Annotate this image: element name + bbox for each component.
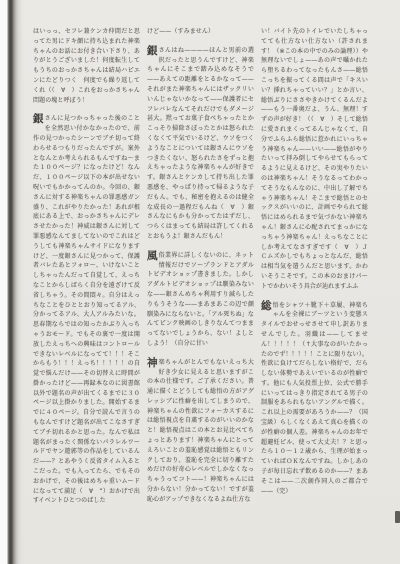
paragraph-text: 楽ちゃんがとんでもないえっち大好き少女に見えると思いますがこの本の仕様です。ご了… bbox=[147, 359, 254, 503]
paragraph-text: はいっっ、セフレ兼ケンカ仲間だと思ってた男にドキ顔に持ち込まれた神楽ちゃんのお話… bbox=[33, 28, 140, 104]
page-edge-print-mark bbox=[395, 511, 400, 523]
paragraph: い！バイト先のトイレでいたしちゃってても仕方ない仕方ない（許されます！（※この本… bbox=[261, 27, 368, 292]
paragraph: はいっっ、セフレ兼ケンカ仲間だと思ってた男にドキ顔に持ち込まれた神楽ちゃんのお話… bbox=[33, 27, 140, 105]
paragraph-dropcap: 風 bbox=[147, 251, 158, 262]
paragraph: 神楽ちゃんがとんでもないえっち大好き少女に見えると思いますがこの本の仕様です。ご… bbox=[147, 358, 254, 505]
paragraph-dropcap: 銀 bbox=[147, 46, 158, 57]
text-columns: はいっっ、セフレ兼ケンカ仲間だと思ってた男にドキ顔に持ち込まれた神楽ちゃんのお話… bbox=[33, 27, 368, 515]
paragraph-text: 悟をシャツ＋靴下＋草履、神楽ちゃんを全裸にブーツという変態スタイルでおせっせさせ… bbox=[261, 302, 368, 495]
paragraph: 風俗業界に詳しくないのに、ネット情報だけでソープランドとアダルトビデオショップ書… bbox=[147, 251, 254, 349]
paragraph: 総悟をシャツ＋靴下＋草履、神楽ちゃんを全裸にブーツという変態スタイルでおせっせさ… bbox=[261, 301, 368, 497]
paragraph-dropcap: 神 bbox=[147, 358, 158, 369]
paragraph-text: けど——（すみません） bbox=[147, 28, 214, 35]
text-column-3: い！バイト先のトイレでいたしちゃってても仕方ない仕方ない（許されます！（※この本… bbox=[261, 27, 368, 515]
paragraph-text: さんに見つかっちゃった後のことを全然思い付かなかったので、前作の見つかったシーン… bbox=[33, 115, 140, 504]
scanned-book-page: はいっっ、セフレ兼ケンカ仲間だと思ってた男にドキ顔に持ち込まれた神楽ちゃんのお話… bbox=[0, 0, 400, 564]
binding-gutter-shadow bbox=[0, 0, 24, 564]
paragraph-dropcap: 総 bbox=[261, 301, 272, 312]
paragraph-text: い！バイト先のトイレでいたしちゃってても仕方ない仕方ない（許されます！（※この本… bbox=[261, 28, 368, 290]
paragraph-text: さんはね————ほんと男前の選択だったと思うんですけど、神楽ちゃんにそこまで踏み… bbox=[147, 47, 254, 240]
paragraph-text: 俗業界に詳しくないのに、ネット情報だけでソープランドとアダルトビデオショップ書き… bbox=[147, 252, 254, 347]
text-column-1: はいっっ、セフレ兼ケンカ仲間だと思ってた男にドキ顔に持ち込まれた神楽ちゃんのお話… bbox=[33, 27, 140, 515]
paragraph-dropcap: 銀 bbox=[33, 114, 44, 125]
paragraph: 銀さんに見つかっちゃった後のことを全然思い付かなかったので、前作の見つかったシー… bbox=[33, 114, 140, 506]
text-column-2: けど——（すみません） 銀さんはね————ほんと男前の選択だったと思うんですけど… bbox=[147, 27, 254, 515]
paragraph: けど——（すみません） bbox=[147, 27, 254, 37]
paragraph: 銀さんはね————ほんと男前の選択だったと思うんですけど、神楽ちゃんにそこまで踏… bbox=[147, 46, 254, 242]
